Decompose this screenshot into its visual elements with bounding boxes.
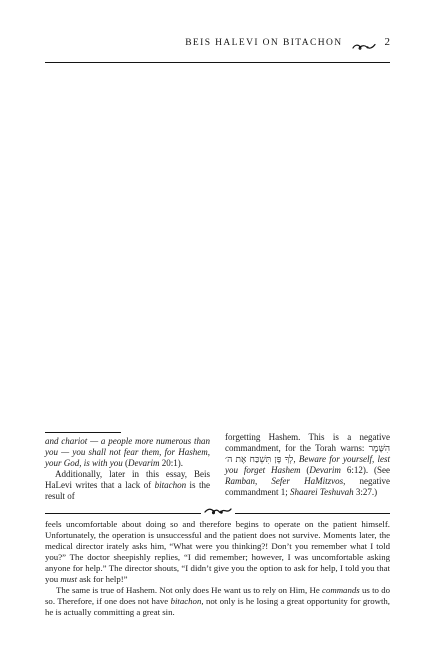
footnote-column-left: and chariot — a people more numerous tha… — [45, 432, 210, 502]
header-title: BEIS HALEVI ON BITACHON — [185, 38, 342, 48]
story-paragraph: The same is true of Hashem. Not only doe… — [45, 585, 390, 618]
footnote-paragraph: and chariot — a people more numerous tha… — [45, 436, 210, 469]
story-paragraph: feels uncomfortable about doing so and t… — [45, 519, 390, 585]
divider-rule-right — [235, 513, 391, 514]
book-page: BEIS HALEVI ON BITACHON 2 and chariot — … — [0, 0, 432, 648]
footnote-column-right: forgetting Hashem. This is a negative co… — [225, 432, 390, 502]
footnote-paragraph: Additionally, later in this essay, Beis … — [45, 469, 210, 502]
swash-flourish-icon — [352, 38, 376, 56]
divider-rule-left — [45, 513, 201, 514]
section-divider — [45, 507, 390, 519]
footnote-section: and chariot — a people more numerous tha… — [45, 432, 390, 502]
footnote-paragraph: forgetting Hashem. This is a negative co… — [225, 432, 390, 498]
footnote-rule — [45, 432, 121, 433]
page-number: 2 — [385, 36, 391, 48]
running-header: BEIS HALEVI ON BITACHON 2 — [45, 36, 390, 63]
main-text-section: feels uncomfortable about doing so and t… — [45, 519, 390, 618]
